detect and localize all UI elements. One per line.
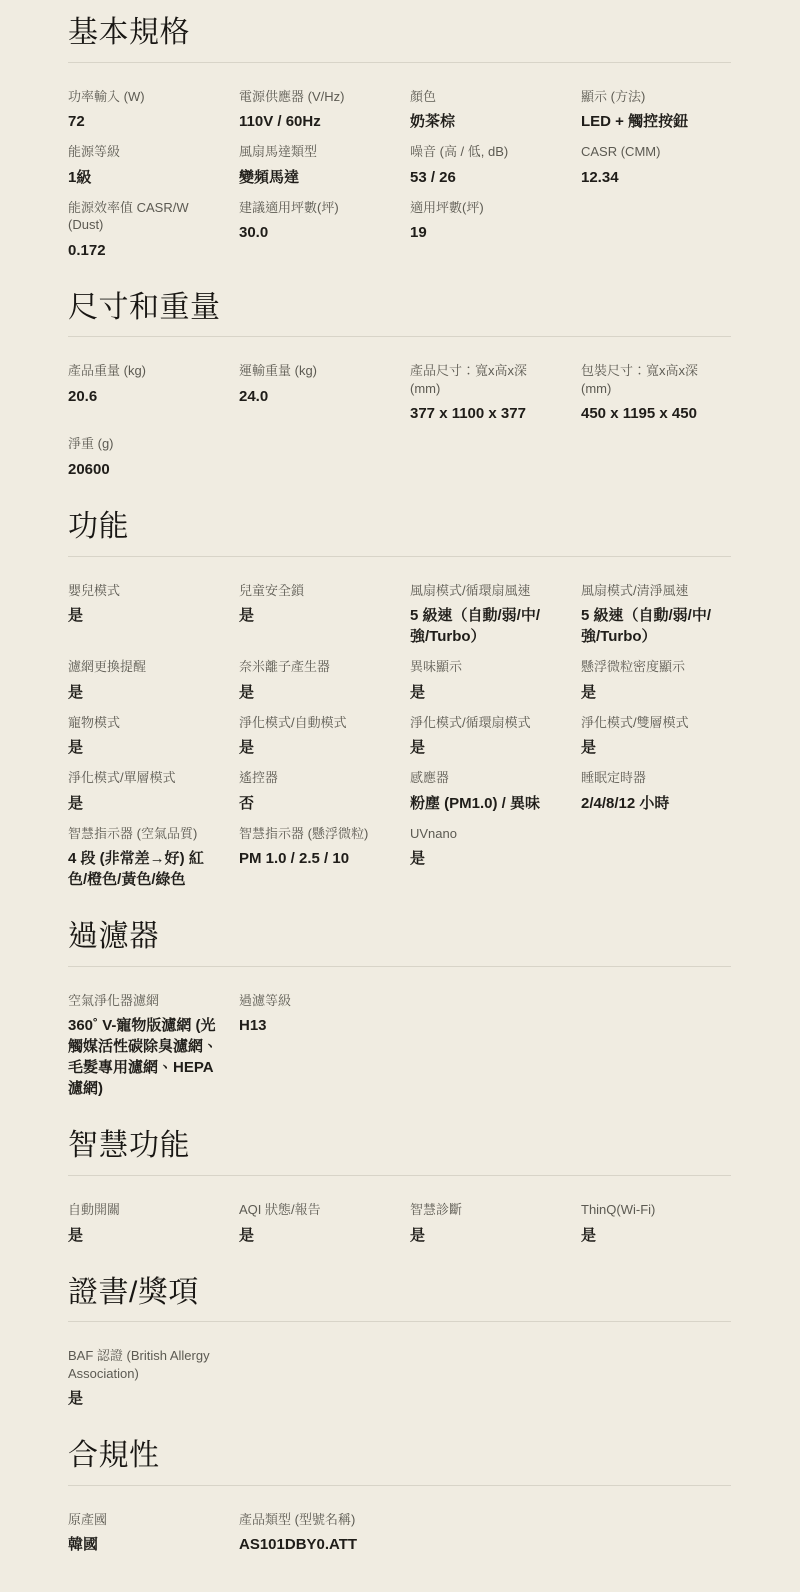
spec-cell: 原產國 韓國 — [68, 1511, 218, 1556]
spec-label: 噪音 (高 / 低, dB) — [410, 143, 560, 161]
section-rows: BAF 認證 (British Allergy Association) 是 — [68, 1347, 731, 1409]
spec-label: 兒童安全鎖 — [239, 582, 389, 600]
spec-label: 產品類型 (型號名稱) — [239, 1511, 389, 1529]
section-rows: 嬰兒模式 是 兒童安全鎖 是 風扇模式/循環扇風速 5 級速（自動/弱/中/強/… — [68, 582, 731, 891]
section-divider — [68, 336, 731, 337]
spec-value: 377 x 1100 x 377 — [410, 403, 560, 424]
spec-value: PM 1.0 / 2.5 / 10 — [239, 848, 389, 869]
spec-cell: 顏色 奶茶棕 — [410, 88, 560, 133]
spec-value: 韓國 — [68, 1534, 218, 1555]
spec-cell: 能源效率值 CASR/W (Dust) 0.172 — [68, 199, 218, 261]
spec-value: 變頻馬達 — [239, 167, 389, 188]
spec-value: 24.0 — [239, 386, 389, 407]
spec-value: 360˚ V-寵物版濾網 (光觸媒活性碳除臭濾網、毛髮專用濾網、HEPA 濾網) — [68, 1015, 218, 1099]
spec-cell: UVnano 是 — [410, 825, 560, 891]
spec-value: 53 / 26 — [410, 167, 560, 188]
section-title: 基本規格 — [68, 16, 731, 50]
spec-value: 30.0 — [239, 222, 389, 243]
spec-cell: 嬰兒模式 是 — [68, 582, 218, 648]
spec-label: 風扇模式/循環扇風速 — [410, 582, 560, 600]
spec-label: 顯示 (方法) — [581, 88, 731, 106]
section-divider — [68, 556, 731, 557]
spec-cell: 淨重 (g) 20600 — [68, 435, 218, 480]
spec-cell: 自動開關 是 — [68, 1201, 218, 1246]
spec-value: 是 — [239, 682, 389, 703]
spec-value: 是 — [68, 793, 218, 814]
spec-cell: 淨化模式/自動模式 是 — [239, 714, 389, 759]
spec-row: 淨化模式/單層模式 是 遙控器 否 感應器 粉塵 (PM1.0) / 異味 睡眠… — [68, 769, 731, 814]
spec-value: 450 x 1195 x 450 — [581, 403, 731, 424]
spec-row: 智慧指示器 (空氣品質) 4 段 (非常差→好) 紅色/橙色/黃色/綠色 智慧指… — [68, 825, 731, 891]
spec-cell: 過濾等級 H13 — [239, 992, 389, 1100]
spec-label: 產品尺寸：寬x高x深 (mm) — [410, 362, 560, 397]
spec-value: 4 段 (非常差→好) 紅色/橙色/黃色/綠色 — [68, 848, 218, 890]
spec-label: 淨化模式/雙層模式 — [581, 714, 731, 732]
section-title: 尺寸和重量 — [68, 291, 731, 325]
spec-label: 產品重量 (kg) — [68, 362, 218, 380]
spec-value: 是 — [239, 605, 389, 626]
spec-label: BAF 認證 (British Allergy Association) — [68, 1347, 218, 1382]
spec-row: 濾網更換提醒 是 奈米離子產生器 是 異味顯示 是 懸浮微粒密度顯示 是 — [68, 658, 731, 703]
spec-value: 2/4/8/12 小時 — [581, 793, 731, 814]
spec-cell: 產品類型 (型號名稱) AS101DBY0.ATT — [239, 1511, 389, 1556]
spec-label: 能源等級 — [68, 143, 218, 161]
spec-value: H13 — [239, 1015, 389, 1036]
section-rows: 功率輸入 (W) 72 電源供應器 (V/Hz) 110V / 60Hz 顏色 … — [68, 88, 731, 261]
spec-label: 濾網更換提醒 — [68, 658, 218, 676]
spec-cell: 電源供應器 (V/Hz) 110V / 60Hz — [239, 88, 389, 133]
spec-label: CASR (CMM) — [581, 143, 731, 161]
spec-cell: 運輸重量 (kg) 24.0 — [239, 362, 389, 424]
spec-value: 是 — [410, 737, 560, 758]
spec-section: 證書/獎項 BAF 認證 (British Allergy Associatio… — [68, 1276, 731, 1410]
spec-label: 淨化模式/循環扇模式 — [410, 714, 560, 732]
spec-value: 是 — [68, 682, 218, 703]
section-title: 智慧功能 — [68, 1129, 731, 1163]
spec-cell: 遙控器 否 — [239, 769, 389, 814]
spec-value: 是 — [68, 737, 218, 758]
spec-row: 產品重量 (kg) 20.6 運輸重量 (kg) 24.0 產品尺寸：寬x高x深… — [68, 362, 731, 424]
spec-label: 風扇模式/清淨風速 — [581, 582, 731, 600]
section-title: 過濾器 — [68, 920, 731, 954]
spec-cell: 噪音 (高 / 低, dB) 53 / 26 — [410, 143, 560, 188]
spec-label: 遙控器 — [239, 769, 389, 787]
spec-value: 是 — [68, 605, 218, 626]
spec-cell: 智慧診斷 是 — [410, 1201, 560, 1246]
spec-cell: 包裝尺寸：寬x高x深 (mm) 450 x 1195 x 450 — [581, 362, 731, 424]
section-divider — [68, 62, 731, 63]
spec-section: 智慧功能 自動開關 是 AQI 狀態/報告 是 智慧診斷 是 ThinQ(Wi-… — [68, 1129, 731, 1245]
spec-label: 包裝尺寸：寬x高x深 (mm) — [581, 362, 731, 397]
spec-cell: 感應器 粉塵 (PM1.0) / 異味 — [410, 769, 560, 814]
spec-section: 合規性 原產國 韓國 產品類型 (型號名稱) AS101DBY0.ATT — [68, 1439, 731, 1555]
spec-section: 過濾器 空氣淨化器濾網 360˚ V-寵物版濾網 (光觸媒活性碳除臭濾網、毛髮專… — [68, 920, 731, 1099]
spec-row: 自動開關 是 AQI 狀態/報告 是 智慧診斷 是 ThinQ(Wi-Fi) 是 — [68, 1201, 731, 1246]
section-divider — [68, 1321, 731, 1322]
spec-label: 自動開關 — [68, 1201, 218, 1219]
spec-label: 異味顯示 — [410, 658, 560, 676]
spec-cell: 能源等級 1級 — [68, 143, 218, 188]
spec-value: 是 — [239, 737, 389, 758]
spec-cell: 淨化模式/單層模式 是 — [68, 769, 218, 814]
spec-value: 否 — [239, 793, 389, 814]
spec-value: 是 — [410, 848, 560, 869]
spec-value: 奶茶棕 — [410, 111, 560, 132]
spec-value: 72 — [68, 111, 218, 132]
spec-value: 粉塵 (PM1.0) / 異味 — [410, 793, 560, 814]
spec-value: 1級 — [68, 167, 218, 188]
section-rows: 空氣淨化器濾網 360˚ V-寵物版濾網 (光觸媒活性碳除臭濾網、毛髮專用濾網、… — [68, 992, 731, 1100]
spec-value: AS101DBY0.ATT — [239, 1534, 389, 1555]
spec-cell: 風扇馬達類型 變頻馬達 — [239, 143, 389, 188]
spec-label: AQI 狀態/報告 — [239, 1201, 389, 1219]
spec-cell: 風扇模式/清淨風速 5 級速（自動/弱/中/強/Turbo） — [581, 582, 731, 648]
spec-cell: 兒童安全鎖 是 — [239, 582, 389, 648]
spec-cell: 顯示 (方法) LED + 觸控按鈕 — [581, 88, 731, 133]
spec-value: 是 — [581, 1225, 731, 1246]
spec-label: 功率輸入 (W) — [68, 88, 218, 106]
section-divider — [68, 1485, 731, 1486]
spec-cell: 空氣淨化器濾網 360˚ V-寵物版濾網 (光觸媒活性碳除臭濾網、毛髮專用濾網、… — [68, 992, 218, 1100]
spec-label: 奈米離子產生器 — [239, 658, 389, 676]
spec-label: 嬰兒模式 — [68, 582, 218, 600]
section-divider — [68, 966, 731, 967]
spec-label: 淨重 (g) — [68, 435, 218, 453]
spec-cell: BAF 認證 (British Allergy Association) 是 — [68, 1347, 218, 1409]
section-rows: 自動開關 是 AQI 狀態/報告 是 智慧診斷 是 ThinQ(Wi-Fi) 是 — [68, 1201, 731, 1246]
spec-label: 淨化模式/單層模式 — [68, 769, 218, 787]
spec-row: 嬰兒模式 是 兒童安全鎖 是 風扇模式/循環扇風速 5 級速（自動/弱/中/強/… — [68, 582, 731, 648]
spec-section: 尺寸和重量 產品重量 (kg) 20.6 運輸重量 (kg) 24.0 產品尺寸… — [68, 291, 731, 480]
spec-value: 20.6 — [68, 386, 218, 407]
spec-label: 能源效率值 CASR/W (Dust) — [68, 199, 218, 234]
spec-cell: CASR (CMM) 12.34 — [581, 143, 731, 188]
spec-label: UVnano — [410, 825, 560, 843]
section-rows: 產品重量 (kg) 20.6 運輸重量 (kg) 24.0 產品尺寸：寬x高x深… — [68, 362, 731, 480]
spec-row: 功率輸入 (W) 72 電源供應器 (V/Hz) 110V / 60Hz 顏色 … — [68, 88, 731, 133]
spec-cell: ThinQ(Wi-Fi) 是 — [581, 1201, 731, 1246]
spec-label: 智慧診斷 — [410, 1201, 560, 1219]
spec-page: 基本規格 功率輸入 (W) 72 電源供應器 (V/Hz) 110V / 60H… — [0, 0, 800, 1555]
spec-value: 19 — [410, 222, 560, 243]
spec-cell: 產品尺寸：寬x高x深 (mm) 377 x 1100 x 377 — [410, 362, 560, 424]
spec-cell: 淨化模式/循環扇模式 是 — [410, 714, 560, 759]
spec-label: 原產國 — [68, 1511, 218, 1529]
spec-cell: AQI 狀態/報告 是 — [239, 1201, 389, 1246]
spec-label: 智慧指示器 (空氣品質) — [68, 825, 218, 843]
spec-value: 是 — [581, 682, 731, 703]
spec-cell: 濾網更換提醒 是 — [68, 658, 218, 703]
spec-label: 運輸重量 (kg) — [239, 362, 389, 380]
section-title: 功能 — [68, 510, 731, 544]
spec-label: 顏色 — [410, 88, 560, 106]
section-divider — [68, 1175, 731, 1176]
spec-section: 功能 嬰兒模式 是 兒童安全鎖 是 風扇模式/循環扇風速 5 級速（自動/弱/中… — [68, 510, 731, 890]
spec-label: 空氣淨化器濾網 — [68, 992, 218, 1010]
spec-value: 是 — [239, 1225, 389, 1246]
spec-value: 是 — [581, 737, 731, 758]
spec-row: BAF 認證 (British Allergy Association) 是 — [68, 1347, 731, 1409]
spec-value: LED + 觸控按鈕 — [581, 111, 731, 132]
spec-value: 是 — [68, 1225, 218, 1246]
spec-cell: 風扇模式/循環扇風速 5 級速（自動/弱/中/強/Turbo） — [410, 582, 560, 648]
spec-cell: 睡眠定時器 2/4/8/12 小時 — [581, 769, 731, 814]
spec-label: 電源供應器 (V/Hz) — [239, 88, 389, 106]
spec-cell: 淨化模式/雙層模式 是 — [581, 714, 731, 759]
spec-cell: 產品重量 (kg) 20.6 — [68, 362, 218, 424]
spec-label: 適用坪數(坪) — [410, 199, 560, 217]
spec-value: 12.34 — [581, 167, 731, 188]
spec-label: 寵物模式 — [68, 714, 218, 732]
spec-cell: 建議適用坪數(坪) 30.0 — [239, 199, 389, 261]
spec-label: 建議適用坪數(坪) — [239, 199, 389, 217]
section-title: 合規性 — [68, 1439, 731, 1473]
spec-cell: 懸浮微粒密度顯示 是 — [581, 658, 731, 703]
spec-cell: 適用坪數(坪) 19 — [410, 199, 560, 261]
spec-cell: 奈米離子產生器 是 — [239, 658, 389, 703]
spec-value: 110V / 60Hz — [239, 111, 389, 132]
spec-cell: 智慧指示器 (懸浮微粒) PM 1.0 / 2.5 / 10 — [239, 825, 389, 891]
spec-row: 空氣淨化器濾網 360˚ V-寵物版濾網 (光觸媒活性碳除臭濾網、毛髮專用濾網、… — [68, 992, 731, 1100]
spec-value: 0.172 — [68, 240, 218, 261]
spec-value: 20600 — [68, 459, 218, 480]
spec-cell: 寵物模式 是 — [68, 714, 218, 759]
spec-row: 淨重 (g) 20600 — [68, 435, 731, 480]
spec-row: 寵物模式 是 淨化模式/自動模式 是 淨化模式/循環扇模式 是 淨化模式/雙層模… — [68, 714, 731, 759]
spec-cell: 智慧指示器 (空氣品質) 4 段 (非常差→好) 紅色/橙色/黃色/綠色 — [68, 825, 218, 891]
spec-label: 懸浮微粒密度顯示 — [581, 658, 731, 676]
spec-value: 5 級速（自動/弱/中/強/Turbo） — [581, 605, 731, 647]
spec-row: 能源效率值 CASR/W (Dust) 0.172 建議適用坪數(坪) 30.0… — [68, 199, 731, 261]
spec-row: 原產國 韓國 產品類型 (型號名稱) AS101DBY0.ATT — [68, 1511, 731, 1556]
spec-value: 是 — [410, 1225, 560, 1246]
spec-value: 是 — [68, 1388, 218, 1409]
spec-value: 是 — [410, 682, 560, 703]
spec-label: 智慧指示器 (懸浮微粒) — [239, 825, 389, 843]
spec-label: ThinQ(Wi-Fi) — [581, 1201, 731, 1219]
spec-cell: 異味顯示 是 — [410, 658, 560, 703]
section-rows: 原產國 韓國 產品類型 (型號名稱) AS101DBY0.ATT — [68, 1511, 731, 1556]
spec-section: 基本規格 功率輸入 (W) 72 電源供應器 (V/Hz) 110V / 60H… — [68, 16, 731, 261]
spec-label: 淨化模式/自動模式 — [239, 714, 389, 732]
spec-label: 風扇馬達類型 — [239, 143, 389, 161]
section-title: 證書/獎項 — [68, 1276, 731, 1310]
spec-label: 感應器 — [410, 769, 560, 787]
spec-cell: 功率輸入 (W) 72 — [68, 88, 218, 133]
spec-label: 睡眠定時器 — [581, 769, 731, 787]
spec-label: 過濾等級 — [239, 992, 389, 1010]
spec-value: 5 級速（自動/弱/中/強/Turbo） — [410, 605, 560, 647]
spec-row: 能源等級 1級 風扇馬達類型 變頻馬達 噪音 (高 / 低, dB) 53 / … — [68, 143, 731, 188]
